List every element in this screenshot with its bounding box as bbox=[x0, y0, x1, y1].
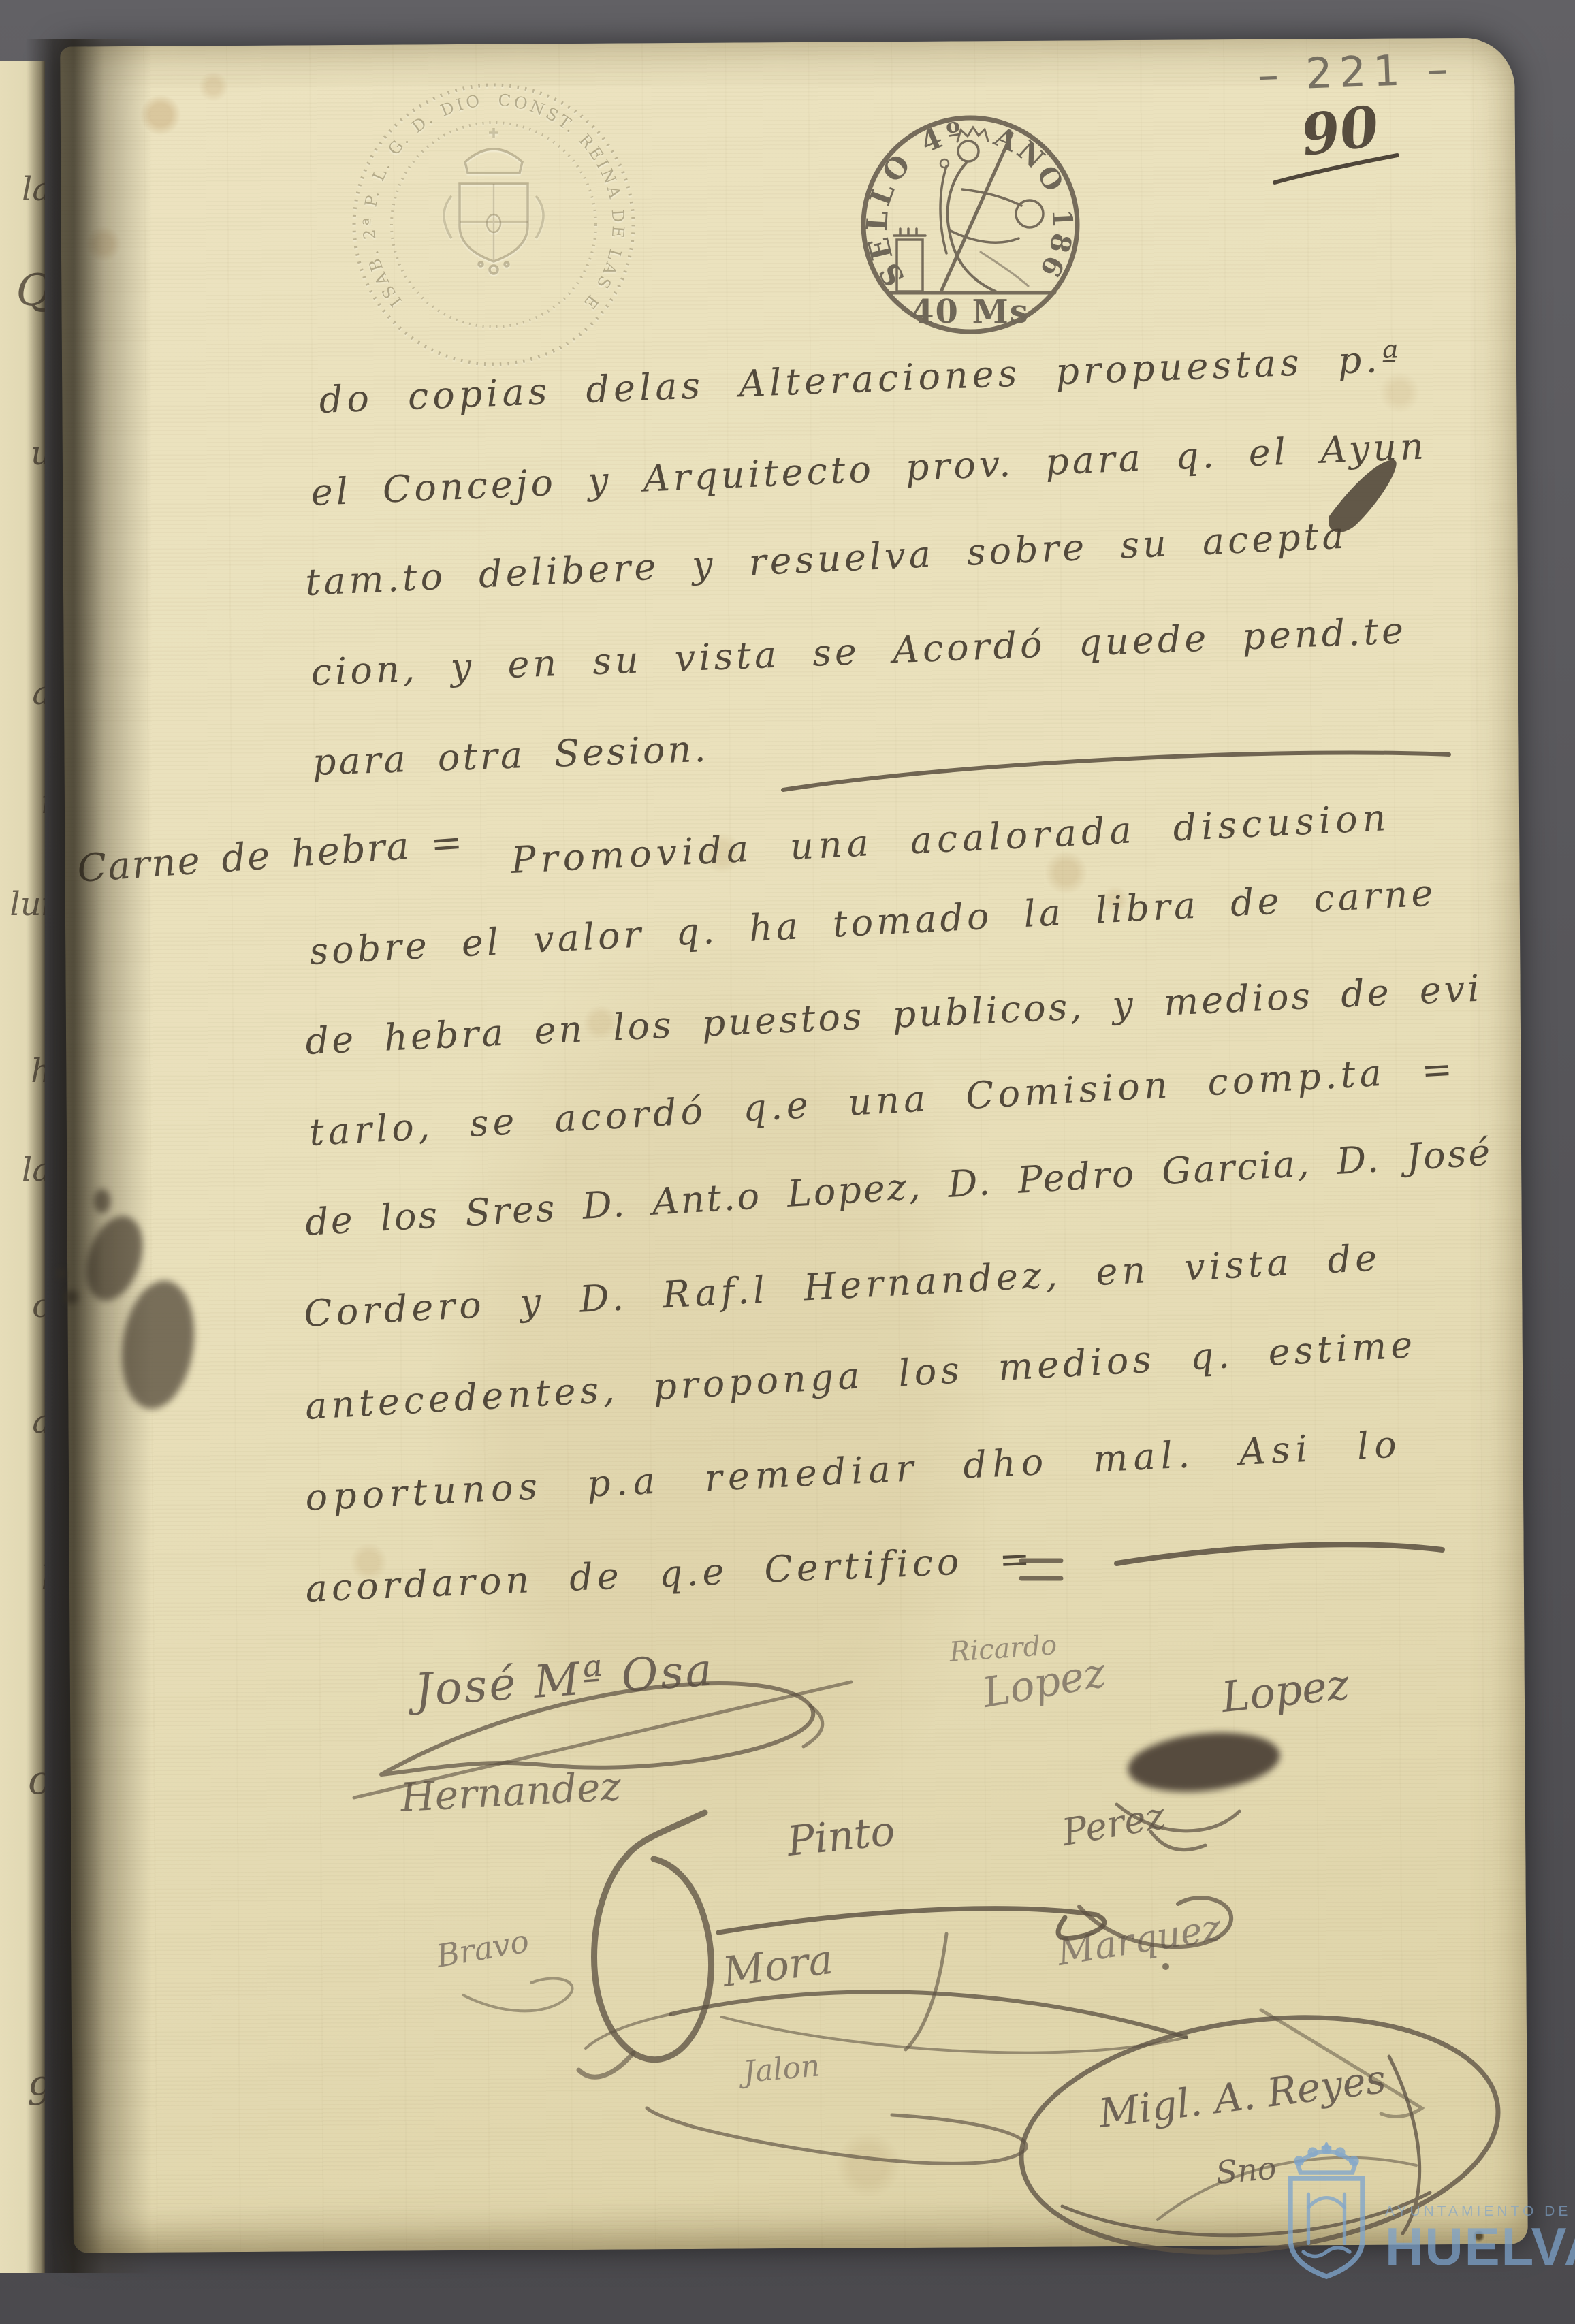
scanned-document-page: la Q u a i lui h la o a l o 9 – 221 – 90… bbox=[0, 0, 1575, 2324]
signature-jalon: Jalon bbox=[742, 2048, 822, 2090]
huelva-watermark: AYUNTAMIENTO DE HUELVA bbox=[1275, 2142, 1575, 2287]
gutter-text-fragment: la bbox=[22, 1151, 45, 1189]
gutter-text-fragment: a bbox=[32, 1403, 45, 1441]
previous-page-edge: la Q u a i lui h la o a l o 9 bbox=[0, 61, 45, 2273]
folio-number-pencil: – 221 – bbox=[1256, 44, 1455, 100]
gutter-text-fragment: 9 bbox=[27, 2070, 45, 2114]
gutter-text-fragment: la bbox=[22, 170, 45, 208]
gutter-text-fragment: a bbox=[32, 674, 45, 712]
gutter-text-fragment: i bbox=[42, 783, 45, 821]
folio-number-ink: 90 bbox=[1297, 93, 1383, 169]
gutter-text-fragment: l bbox=[42, 1559, 45, 1597]
gutter-text-fragment: u bbox=[31, 434, 45, 473]
gutter-text-fragment: lui bbox=[10, 885, 45, 923]
gutter-text-fragment: Q bbox=[16, 266, 45, 316]
huelva-crest-icon bbox=[1275, 2142, 1378, 2287]
watermark-city-label: HUELVA bbox=[1385, 2220, 1575, 2274]
signature-reyes-title: Sno bbox=[1214, 2149, 1277, 2191]
gutter-text-fragment: h bbox=[31, 1052, 45, 1090]
gutter-text-fragment: o bbox=[32, 1287, 45, 1325]
gutter-text-fragment: o bbox=[28, 1757, 45, 1803]
